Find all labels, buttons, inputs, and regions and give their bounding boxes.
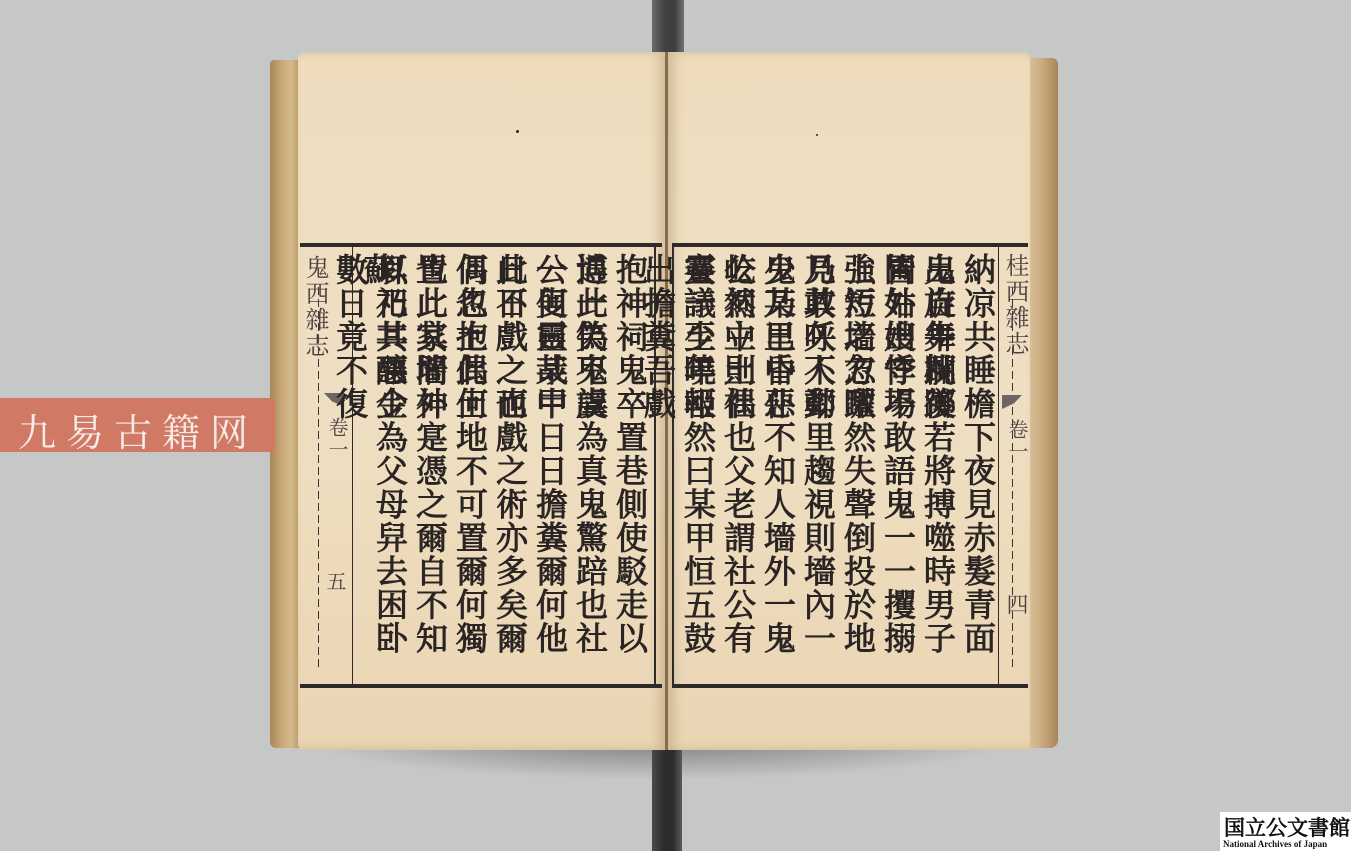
text-column-7: 以祀其惡少為父母舁去困卧數日竟不復 — [370, 253, 410, 684]
logo-english: National Archives of Japan — [1223, 839, 1327, 849]
open-book: 鬼西雜志 卷一 五 抱神祠鬼卒置巷側使駁走以博一笑不虞 遇此偽鬼誤為真鬼驚踣也社… — [270, 52, 1060, 752]
text-column-2: 出旋舞跳躑若將搏噬時男子皆外出守場 — [918, 253, 958, 684]
left-margin-volume: 卷一 — [324, 417, 350, 461]
text-column-5: 乃敢呼人鄰里趨視則墻內一鬼乃里中惡 — [798, 253, 838, 684]
text-column-7: 公祠中土偶也父老謂社公有靈議至曉報 — [718, 253, 758, 684]
text-column-8: 賽一少年啞然曰某甲恒五鼓出擔糞吾戲 — [678, 253, 718, 684]
right-margin-title: 桂西雜志 — [1002, 253, 1028, 357]
archive-logo: 国立公文書館 National Archives of Japan — [1220, 812, 1351, 851]
left-margin-page-number: 五 — [322, 571, 348, 593]
book-stand-top — [652, 0, 684, 60]
text-column-4: 上短墻忽噭然失聲倒投於地見其久不動 — [838, 253, 878, 684]
text-column-2: 遇此偽鬼誤為真鬼驚踣也社公何靈哉中 — [570, 253, 610, 684]
text-column-3: 圃姑嫂悸不敢語鬼一一攫搦強汚之方躍 — [878, 253, 918, 684]
book-stand-bottom — [652, 745, 682, 851]
right-margin-volume: 卷一 — [1004, 419, 1030, 463]
text-column-4: 此日戲之也戲之術亦多矣爾何忽抱此土 — [490, 253, 530, 684]
left-margin-title: 鬼西雜志 — [302, 255, 328, 359]
text-column-3: 一叟曰某甲日日擔糞爾何他日不戲之而 — [530, 253, 570, 684]
text-column-6: 也此其間神寔憑之爾自不知耳乃共釀金 — [410, 253, 450, 684]
right-page-stack — [1028, 58, 1058, 748]
text-column-1: 納凉共睡檐下夜見赤髮青面鬼自牛欄後 — [958, 253, 998, 684]
ink-speck — [816, 134, 818, 136]
ink-speck — [516, 130, 519, 133]
logo-japanese: 国立公文書館 — [1224, 812, 1350, 842]
watermark-text: 九易古籍网 — [18, 402, 258, 457]
right-text-frame: 納凉共睡檐下夜見赤髮青面鬼自牛欄後 出旋舞跳躑若將搏噬時男子皆外出守場 圃姑嫂悸… — [672, 243, 1028, 688]
watermark-banner: 九易古籍网 — [0, 398, 275, 452]
right-margin-page-number: 四 — [1002, 593, 1028, 617]
left-text-frame: 鬼西雜志 卷一 五 抱神祠鬼卒置巷側使駁走以博一笑不虞 遇此偽鬼誤為真鬼驚踣也社… — [300, 243, 662, 688]
text-column-5: 偶也土偶何地不可置爾何獨置此家墻外 — [450, 253, 490, 684]
text-column-6: 少某已昏仆不知人墻外一鬼屹然立則社 — [758, 253, 798, 684]
text-column-8: 蘇 — [358, 253, 398, 287]
margin-rule — [998, 247, 999, 684]
